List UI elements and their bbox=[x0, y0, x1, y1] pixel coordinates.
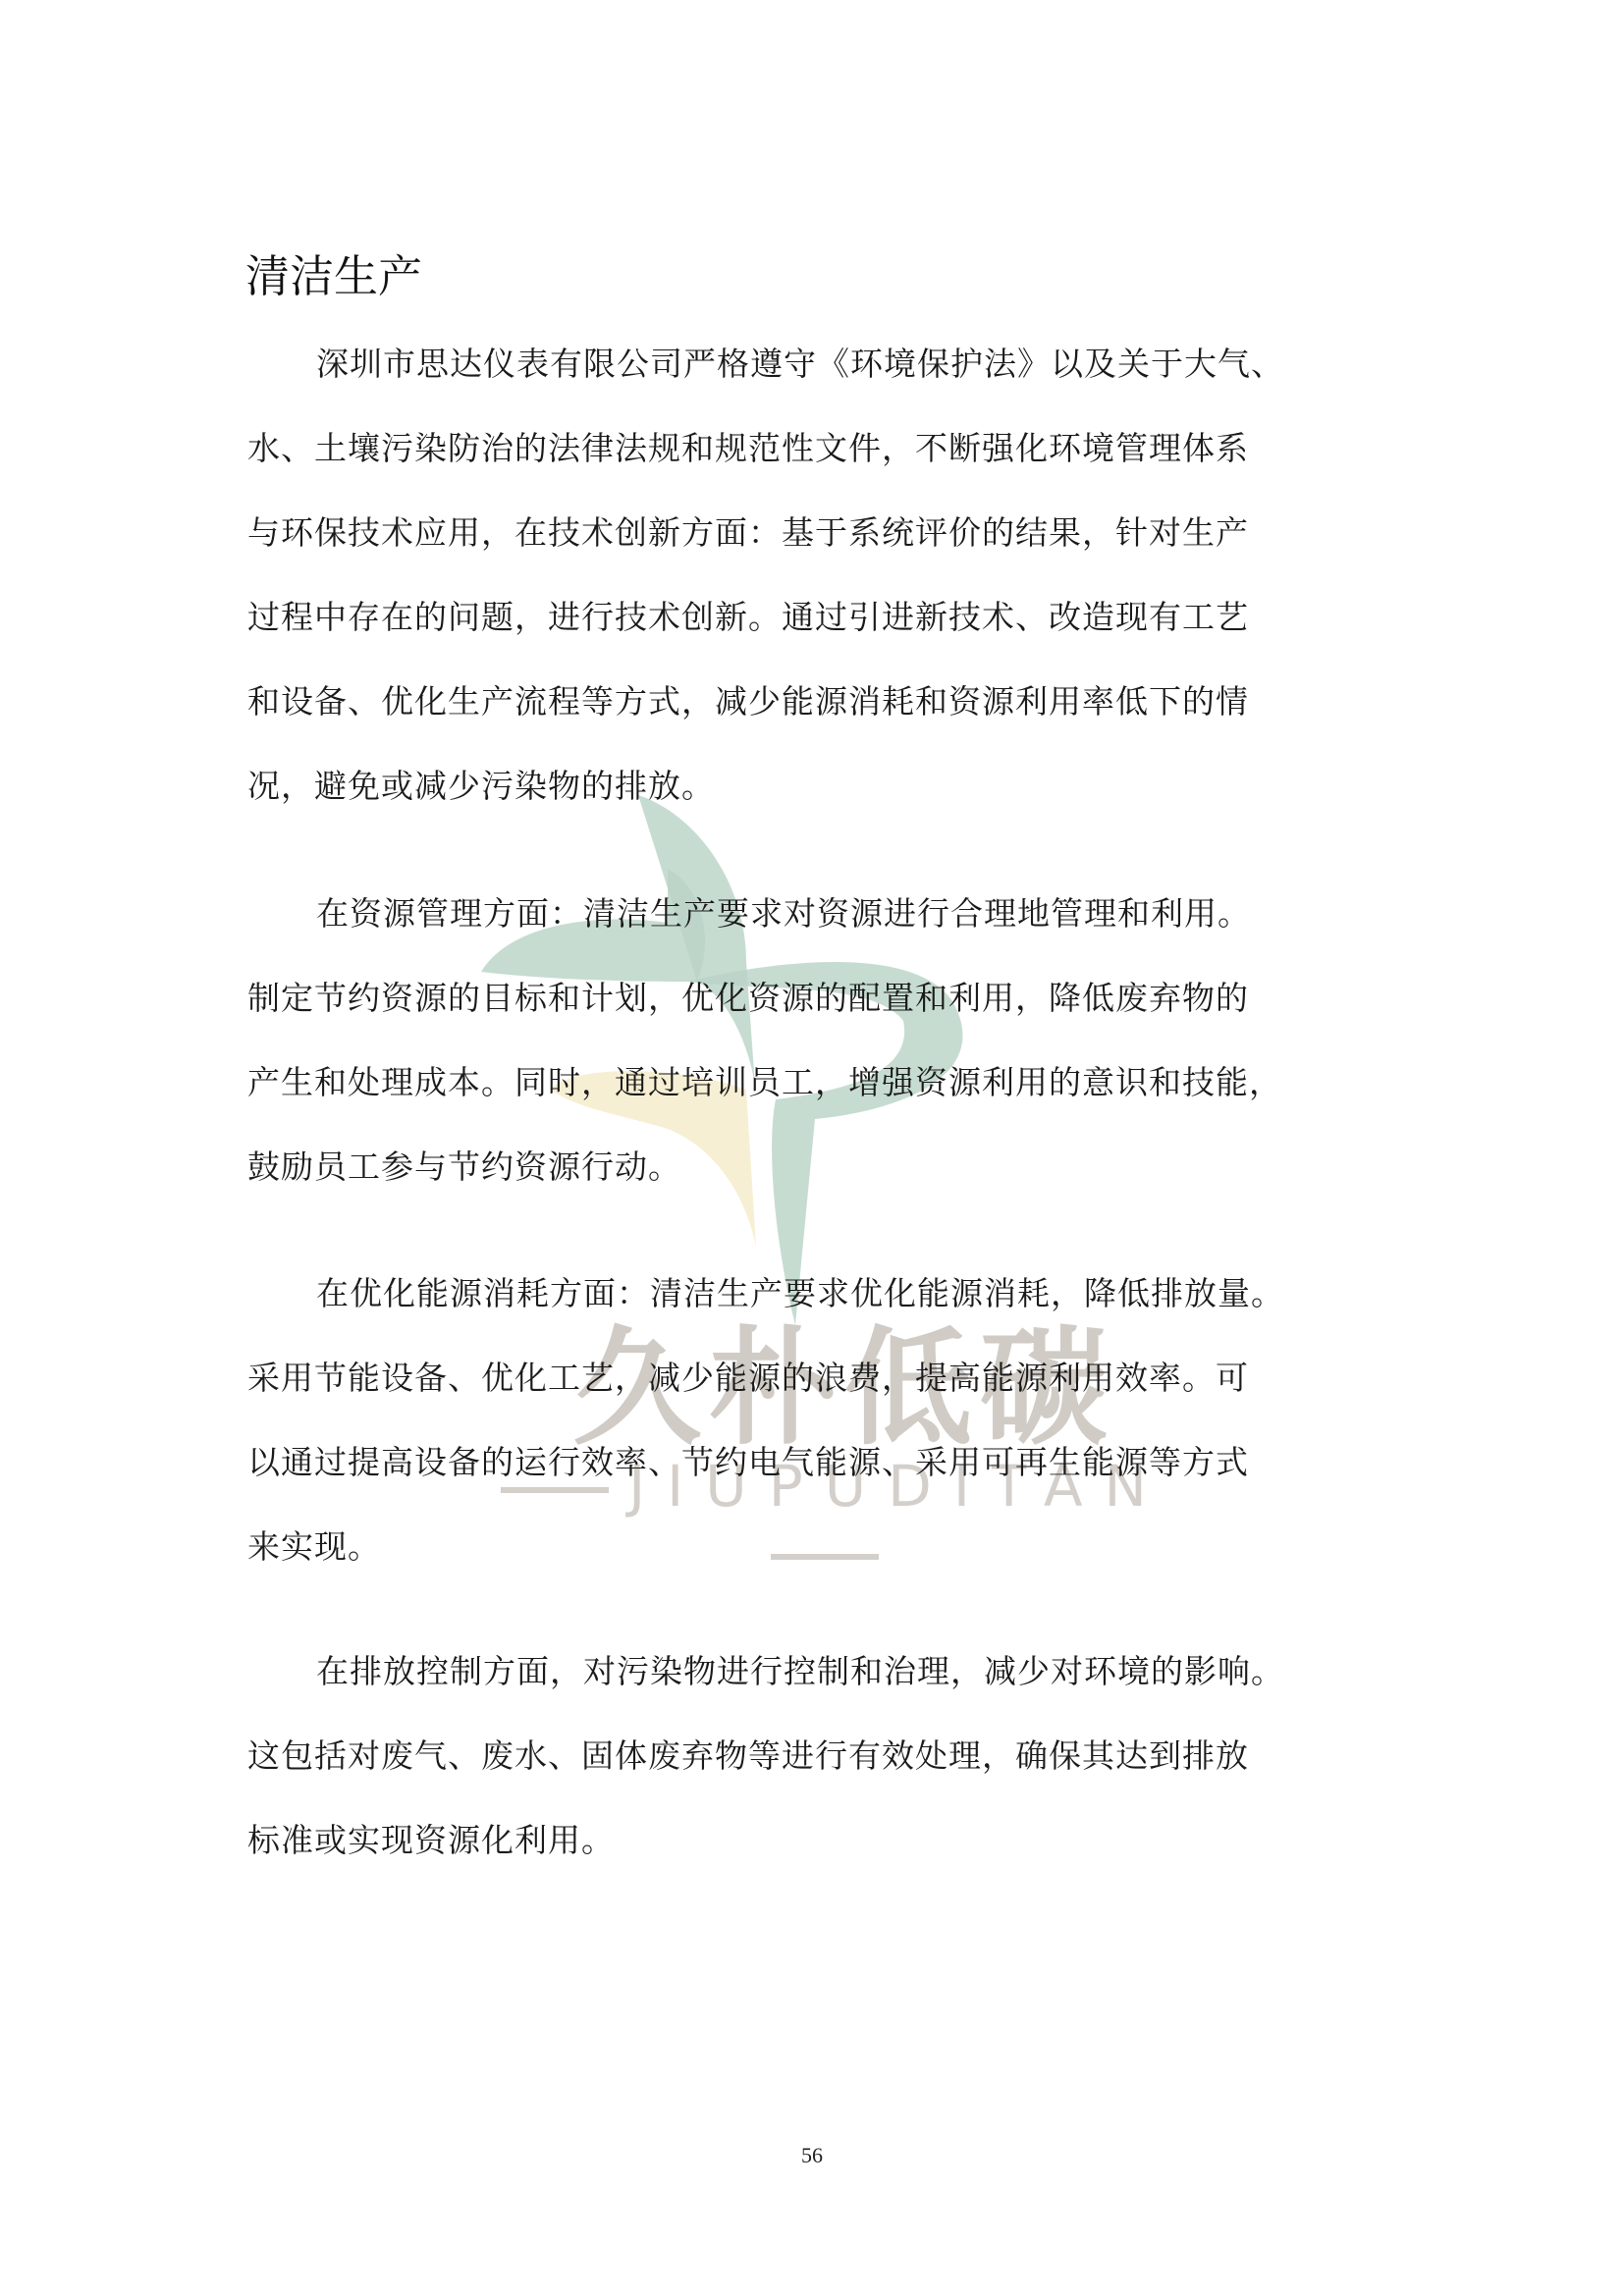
text-line: 和设备、优化生产流程等方式，减少能源消耗和资源利用率低下的情 bbox=[179, 660, 1284, 744]
text-line: 制定节约资源的目标和计划，优化资源的配置和利用，降低废弃物的 bbox=[179, 956, 1282, 1041]
text-line: 过程中存在的问题，进行技术创新。通过引进新技术、改造现有工艺 bbox=[179, 575, 1284, 660]
text-line: 这包括对废气、废水、固体废弃物等进行有效处理，确保其达到排放 bbox=[179, 1714, 1284, 1798]
text-line: 在资源管理方面：清洁生产要求对资源进行合理地管理和利用。 bbox=[247, 872, 1282, 956]
paragraph-emission-control: 在排放控制方面，对污染物进行控制和治理，减少对环境的影响。 这包括对废气、废水、… bbox=[247, 1629, 1284, 1883]
section-title: 清洁生产 bbox=[245, 247, 422, 306]
text-line: 来实现。 bbox=[179, 1505, 1284, 1589]
document-page: 久朴低碳 JIUPUDITAN 清洁生产 深圳市思达仪表有限公司严格遵守《环境保… bbox=[0, 0, 1624, 2296]
paragraph-energy-optimization: 在优化能源消耗方面：清洁生产要求优化能源消耗，降低排放量。 采用节能设备、优化工… bbox=[247, 1252, 1284, 1589]
text-line: 产生和处理成本。同时，通过培训员工，增强资源利用的意识和技能， bbox=[179, 1041, 1282, 1125]
text-line: 标准或实现资源化利用。 bbox=[179, 1798, 1284, 1883]
paragraph-technology-innovation: 深圳市思达仪表有限公司严格遵守《环境保护法》以及关于大气、 水、土壤污染防治的法… bbox=[247, 322, 1284, 828]
text-line: 在优化能源消耗方面：清洁生产要求优化能源消耗，降低排放量。 bbox=[247, 1252, 1284, 1336]
text-line: 鼓励员工参与节约资源行动。 bbox=[179, 1125, 1282, 1209]
text-line: 与环保技术应用，在技术创新方面：基于系统评价的结果，针对生产 bbox=[179, 491, 1284, 575]
page-number: 56 bbox=[0, 2143, 1624, 2168]
text-line: 况，避免或减少污染物的排放。 bbox=[179, 744, 1284, 828]
paragraph-resource-management: 在资源管理方面：清洁生产要求对资源进行合理地管理和利用。 制定节约资源的目标和计… bbox=[247, 872, 1282, 1209]
text-line: 水、土壤污染防治的法律法规和规范性文件，不断强化环境管理体系 bbox=[179, 406, 1284, 491]
text-line: 采用节能设备、优化工艺，减少能源的浪费，提高能源利用效率。可 bbox=[179, 1336, 1284, 1420]
text-line: 在排放控制方面，对污染物进行控制和治理，减少对环境的影响。 bbox=[247, 1629, 1284, 1714]
text-line: 以通过提高设备的运行效率、节约电气能源、采用可再生能源等方式 bbox=[179, 1420, 1284, 1505]
text-line: 深圳市思达仪表有限公司严格遵守《环境保护法》以及关于大气、 bbox=[247, 322, 1284, 406]
